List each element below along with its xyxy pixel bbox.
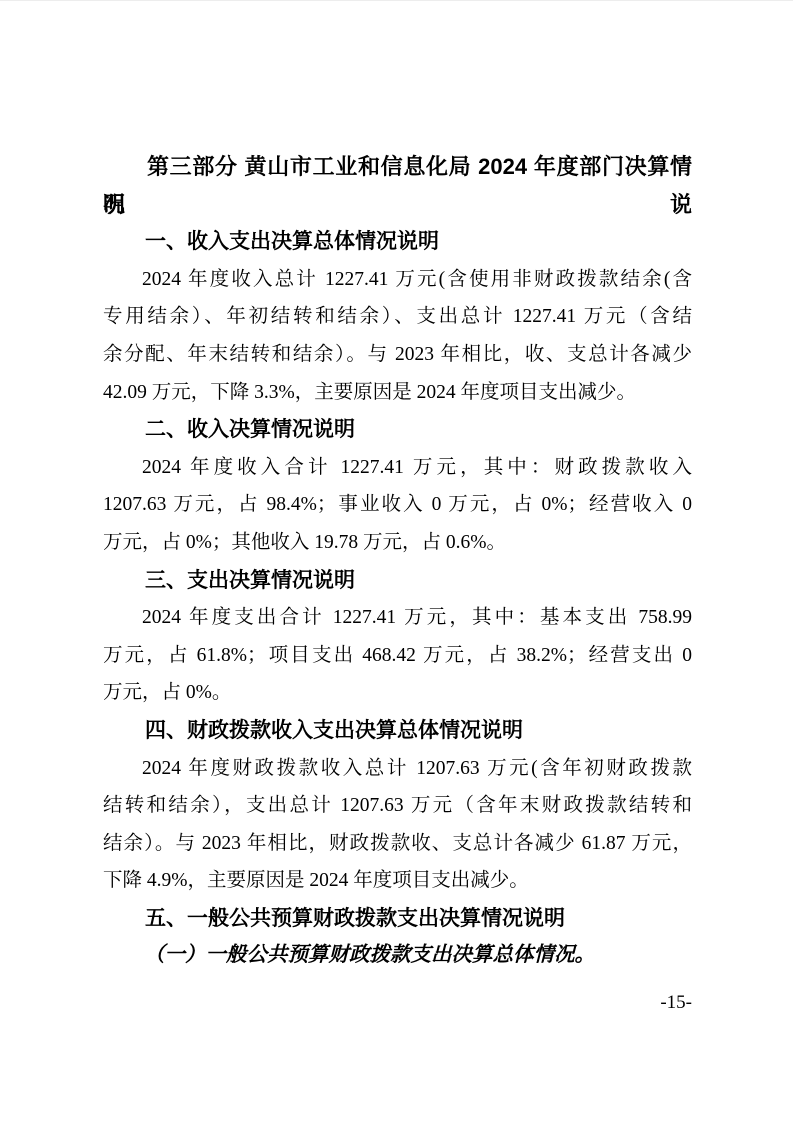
section-3-heading: 三、支出决算情况说明 — [103, 562, 692, 600]
section-4-heading: 四、财政拨款收入支出决算总体情况说明 — [103, 712, 692, 750]
section-4-paragraph-line: 结余）。与 2023 年相比，财政拨款收、支总计各减少 61.87 万元， — [103, 825, 692, 863]
section-3-paragraph-line: 万元，占 0%。 — [103, 674, 692, 712]
section-2-paragraph-line: 1207.63 万元，占 98.4%；事业收入 0 万元，占 0%；经营收入 0 — [103, 486, 692, 524]
section-4-paragraph-line: 2024 年度财政拨款收入总计 1207.63 万元(含年初财政拨款 — [103, 750, 692, 788]
section-1-paragraph-line: 余分配、年末结转和结余）。与 2023 年相比，收、支总计各减少 — [103, 336, 692, 374]
section-4-paragraph-line: 下降 4.9%，主要原因是 2024 年度项目支出减少。 — [103, 862, 692, 900]
section-3-paragraph-line: 万元，占 61.8%；项目支出 468.42 万元，占 38.2%；经营支出 0 — [103, 637, 692, 675]
page-number: -15- — [103, 988, 692, 1018]
section-2-paragraph-line: 万元，占 0%；其他收入 19.78 万元，占 0.6%。 — [103, 524, 692, 562]
document-title-line-1: 第三部分 黄山市工业和信息化局 2024 年度部门决算情况说 — [103, 148, 692, 186]
section-5-subheading: （一）一般公共预算财政拨款支出决算总体情况。 — [103, 937, 692, 975]
section-2-heading: 二、收入决算情况说明 — [103, 411, 692, 449]
document-content: 第三部分 黄山市工业和信息化局 2024 年度部门决算情况说 明 一、收入支出决… — [103, 148, 692, 975]
section-4-paragraph-line: 结转和结余），支出总计 1207.63 万元（含年末财政拨款结转和 — [103, 787, 692, 825]
section-5-heading: 五、一般公共预算财政拨款支出决算情况说明 — [103, 900, 692, 938]
section-3-paragraph-line: 2024 年度支出合计 1227.41 万元，其中：基本支出 758.99 — [103, 599, 692, 637]
document-page: 第三部分 黄山市工业和信息化局 2024 年度部门决算情况说 明 一、收入支出决… — [0, 0, 793, 1122]
section-1-paragraph-line: 2024 年度收入总计 1227.41 万元(含使用非财政拨款结余(含 — [103, 261, 692, 299]
section-2-paragraph-line: 2024 年度收入合计 1227.41 万元，其中：财政拨款收入 — [103, 449, 692, 487]
section-1-paragraph-line: 42.09 万元，下降 3.3%，主要原因是 2024 年度项目支出减少。 — [103, 374, 692, 412]
section-1-heading: 一、收入支出决算总体情况说明 — [103, 223, 692, 261]
section-1-paragraph-line: 专用结余）、年初结转和结余）、支出总计 1227.41 万元（含结 — [103, 298, 692, 336]
